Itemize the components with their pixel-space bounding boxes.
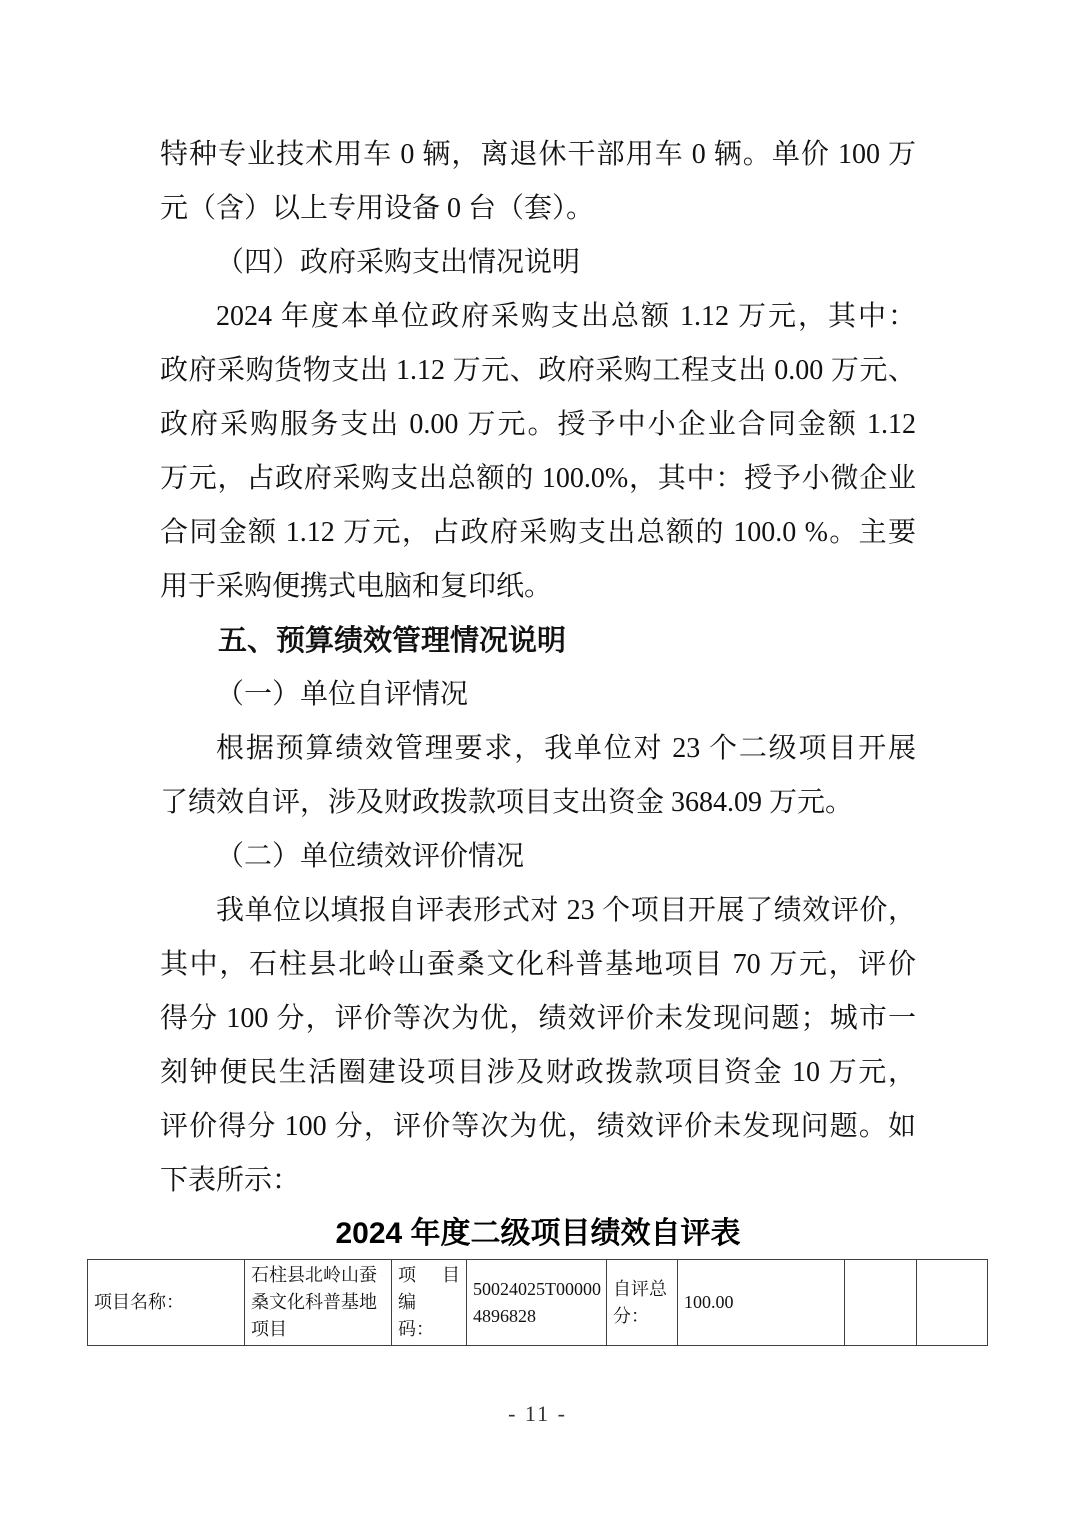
text-line: 合同金额 1.12 万元，占政府采购支出总额的 100.0 %。主要: [160, 506, 916, 560]
section-heading: 五、预算绩效管理情况说明: [160, 614, 916, 668]
subsection-heading: （四）政府采购支出情况说明: [160, 236, 916, 290]
text-line: 了绩效自评，涉及财政拨款项目支出资金 3684.09 万元。: [160, 776, 916, 830]
self-score-value-cell: 100.00: [678, 1260, 845, 1346]
text-line: 政府采购货物支出 1.12 万元、政府采购工程支出 0.00 万元、: [160, 344, 916, 398]
text-line: 其中，石柱县北岭山蚕桑文化科普基地项目 70 万元，评价: [160, 938, 916, 992]
text-line: 刻钟便民生活圈建设项目涉及财政拨款项目资金 10 万元，: [160, 1046, 916, 1100]
text-line: 特种专业技术用车 0 辆，离退休干部用车 0 辆。单价 100 万: [160, 128, 916, 182]
subsection-heading: （二）单位绩效评价情况: [160, 830, 916, 884]
document-body: 特种专业技术用车 0 辆，离退休干部用车 0 辆。单价 100 万 元（含）以上…: [160, 128, 916, 1254]
project-name-value-cell: 石柱县北岭山蚕 桑文化科普基地 项目: [245, 1260, 392, 1346]
empty-cell: [917, 1260, 988, 1346]
text-line: 用于采购便携式电脑和复印纸。: [160, 560, 916, 614]
page-number: - 11 -: [0, 1401, 1075, 1427]
text-line: 政府采购服务支出 0.00 万元。授予中小企业合同金额 1.12: [160, 398, 916, 452]
text-line: 得分 100 分，评价等次为优，绩效评价未发现问题；城市一: [160, 992, 916, 1046]
text-line: 根据预算绩效管理要求，我单位对 23 个二级项目开展: [160, 722, 916, 776]
project-code-value-cell: 50024025T00000 4896828: [467, 1260, 607, 1346]
text-line: 元（含）以上专用设备 0 台（套）。: [160, 182, 916, 236]
subsection-heading: （一）单位自评情况: [160, 668, 916, 722]
text-line: 万元，占政府采购支出总额的 100.0%，其中：授予小微企业: [160, 452, 916, 506]
performance-self-eval-table: 项目名称： 石柱县北岭山蚕 桑文化科普基地 项目 项 目 编 码： 500240…: [87, 1259, 988, 1346]
project-code-label-cell: 项 目 编 码：: [392, 1260, 467, 1346]
empty-cell: [845, 1260, 917, 1346]
table-title: 2024 年度二级项目绩效自评表: [160, 1214, 916, 1254]
text-line: 评价得分 100 分，评价等次为优，绩效评价未发现问题。如: [160, 1100, 916, 1154]
table-row: 项目名称： 石柱县北岭山蚕 桑文化科普基地 项目 项 目 编 码： 500240…: [88, 1260, 988, 1346]
document-page: 特种专业技术用车 0 辆，离退休干部用车 0 辆。单价 100 万 元（含）以上…: [0, 0, 1075, 1520]
text-line: 下表所示：: [160, 1154, 916, 1208]
project-name-label-cell: 项目名称：: [88, 1260, 245, 1346]
text-line: 2024 年度本单位政府采购支出总额 1.12 万元，其中：: [160, 290, 916, 344]
text-line: 我单位以填报自评表形式对 23 个项目开展了绩效评价，: [160, 884, 916, 938]
self-score-label-cell: 自评总 分：: [607, 1260, 678, 1346]
